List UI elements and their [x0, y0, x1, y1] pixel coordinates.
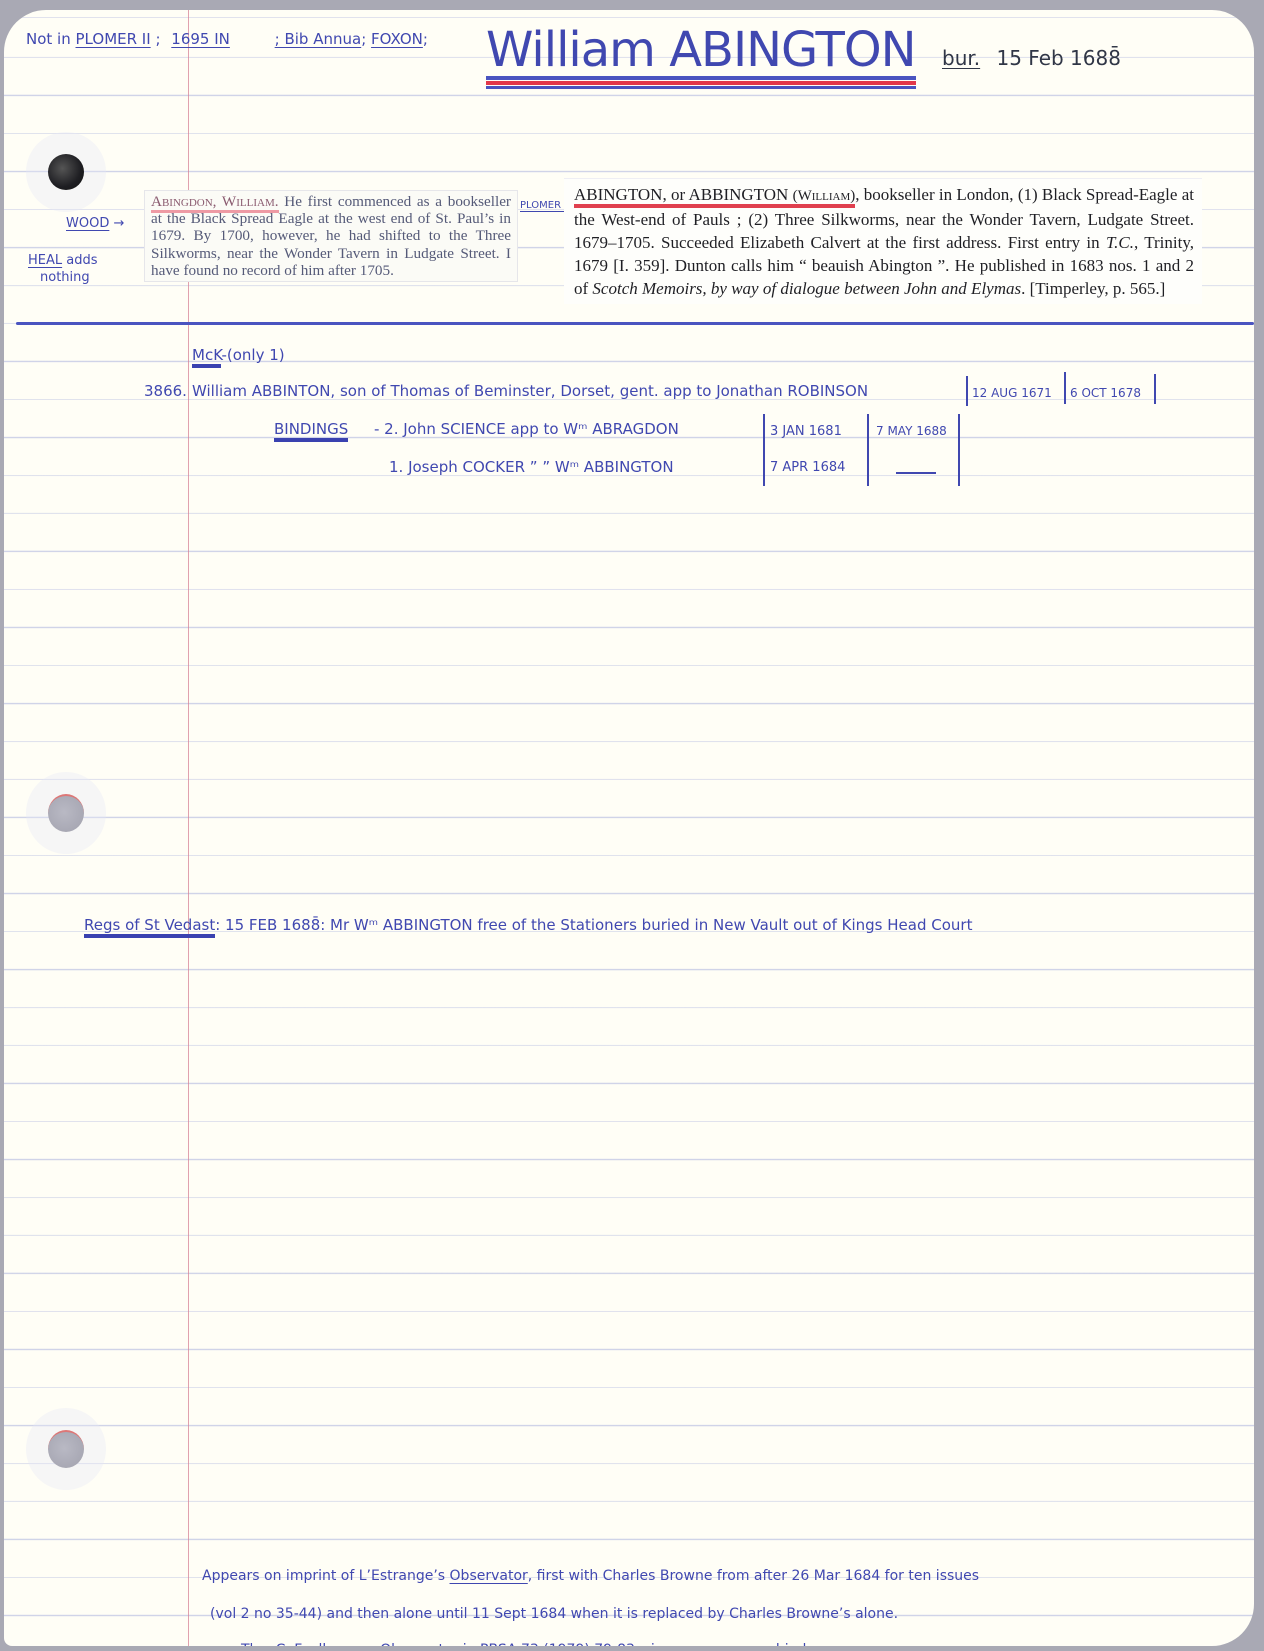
title-underline	[486, 76, 916, 80]
registers-entry: Regs of St Vedast: 15 FEB 1688̄: Mr Wᵐ A…	[84, 916, 972, 934]
binding-date-bound: 7 APR 1684	[770, 460, 845, 475]
footer-text: , first with Charles Browne from after 2…	[528, 1568, 979, 1584]
registers-label: Regs of St Vedast	[84, 916, 215, 938]
burial-date: 15 Feb 1688̄	[996, 46, 1120, 70]
registers-text: : 15 FEB 1688̄: Mr Wᵐ ABBINGTON free of …	[215, 916, 972, 934]
binding-date-bound: 3 JAN 1681	[770, 424, 842, 439]
column-rule	[763, 414, 765, 486]
source-foxon: FOXON	[371, 30, 423, 48]
burial-label: bur.	[942, 46, 980, 70]
column-rule	[966, 376, 968, 406]
footer-text: 73 (1979) 79-83 – in my newspaper binder…	[517, 1642, 824, 1646]
heal-note: HEAL adds nothing	[28, 252, 98, 286]
footer-title-ref: Observator	[380, 1642, 458, 1646]
punch-hole-icon	[48, 154, 84, 190]
column-rule	[867, 414, 869, 486]
mck-date-freed: 6 OCT 1678	[1070, 386, 1141, 400]
footer-note-line: (vol 2 no 35-44) and then alone until 11…	[210, 1606, 898, 1622]
source-plomer-ii: PLOMER II	[76, 30, 151, 48]
mck-heading: McK-(only 1)	[192, 346, 285, 364]
punch-hole-icon	[48, 794, 84, 832]
sources-line: Not in PLOMER II ; 1695 IN ; Bib Annua; …	[26, 30, 428, 48]
mck-entry-number: 3866.	[144, 382, 187, 400]
footer-note-line: Appears on imprint of L’Estrange’s Obser…	[202, 1568, 979, 1584]
title-underline	[486, 86, 916, 89]
clipping-italic: Scotch Memoirs, by way of dialogue betwe…	[592, 279, 1021, 298]
heal-label: HEAL	[28, 253, 62, 268]
footer-journal-ref: PBSA	[480, 1642, 517, 1646]
column-rule	[958, 414, 960, 486]
column-rule	[1154, 374, 1156, 404]
title-first-name: William	[486, 22, 655, 78]
clipping-italic: T.C.	[1106, 233, 1134, 252]
heal-text: nothing	[40, 270, 90, 285]
clipping-text: . [Timperley, p. 565.]	[1021, 279, 1165, 298]
footer-note-line: see Tho. C. Faulkner on Observator in PB…	[212, 1642, 824, 1646]
source-1695-in: 1695 IN	[171, 30, 230, 48]
footer-text: in	[458, 1642, 480, 1646]
separator: ;	[155, 30, 160, 48]
footer-text: see Tho. C. Faulkner on	[212, 1642, 380, 1646]
separator: ;	[361, 30, 366, 48]
heal-text: adds	[66, 253, 97, 268]
bindings-label: BINDINGS	[274, 420, 348, 438]
binding-date-freed-none	[896, 472, 936, 474]
title-underline-red	[486, 81, 916, 85]
clipping-lead: ABINGTON, or ABBINGTON (William)	[574, 185, 855, 208]
mck-date-apprenticed: 12 AUG 1671	[972, 386, 1052, 400]
binding-row-text: - 2. John SCIENCE app to Wᵐ ABRAGDON	[374, 420, 679, 438]
column-rule	[1064, 372, 1066, 404]
punch-hole-icon	[48, 1430, 84, 1468]
not-in-label: Not in	[26, 30, 71, 48]
plomer-note: PLOMER I	[520, 200, 567, 211]
notebook-page: Not in PLOMER II ; 1695 IN ; Bib Annua; …	[4, 10, 1254, 1646]
section-divider	[16, 322, 1254, 325]
title-last-name: ABINGTON	[669, 22, 915, 78]
binding-date-freed: 7 MAY 1688	[876, 424, 947, 438]
separator: ;	[423, 30, 428, 48]
mck-entry-text: William ABBINTON, son of Thomas of Bemin…	[192, 382, 868, 400]
wood-label: WOOD	[66, 216, 109, 231]
burial-info: bur. 15 Feb 1688̄	[942, 46, 1121, 70]
wood-note: WOOD →	[66, 216, 124, 231]
lead-forename: (William)	[793, 188, 856, 204]
bindings-heading: BINDINGS	[274, 420, 348, 442]
arrow-right-icon: →	[113, 216, 124, 231]
binding-row-text: 1. Joseph COCKER ” ” Wᵐ ABBINGTON	[389, 458, 674, 476]
mck-label: McK	[192, 346, 221, 368]
page-title: William ABINGTON	[486, 24, 916, 76]
footer-text: Appears on imprint of L’Estrange’s	[202, 1568, 450, 1584]
lead-name: ABINGTON, or ABBINGTON	[574, 185, 788, 204]
source-bib-annua: ; Bib Annua	[275, 30, 362, 48]
mck-note: -(only 1)	[221, 346, 284, 364]
clipping-wood: Abingdon, William. He first commenced as…	[144, 190, 518, 282]
clipping-plomer: ABINGTON, or ABBINGTON (William), bookse…	[564, 178, 1202, 304]
footer-title-ref: Observator	[450, 1568, 528, 1584]
plomer-label: PLOMER I	[520, 200, 567, 211]
